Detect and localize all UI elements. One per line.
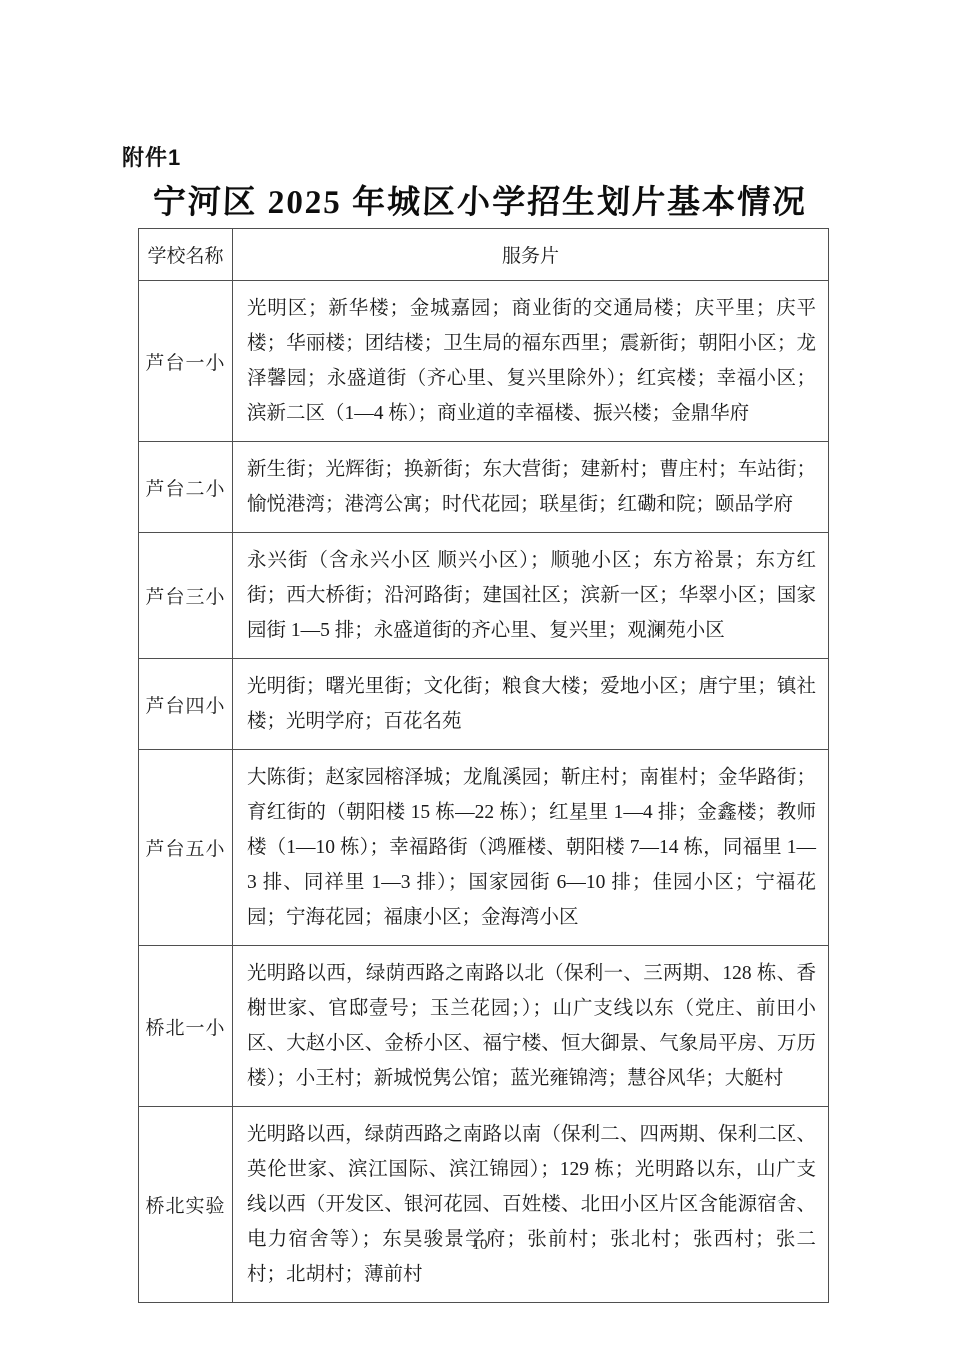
table-row: 芦台四小 光明街；曙光里街；文化街；粮食大楼；爱地小区；唐宁里；镇社楼；光明学府… [139,659,829,750]
table-row: 芦台二小 新生街；光辉街；换新街；东大营街；建新村；曹庄村；车站街；愉悦港湾；港… [139,442,829,533]
school-name-cell: 桥北一小 [139,946,233,1107]
column-header-service: 服务片 [233,229,829,281]
document-page: 附件1 宁河区 2025 年城区小学招生划片基本情况 学校名称 服务片 芦台一小… [0,0,960,1357]
school-name-cell: 芦台五小 [139,750,233,946]
table-header-row: 学校名称 服务片 [139,229,829,281]
table-row: 桥北实验 光明路以西，绿荫西路之南路以南（保利二、四两期、保利二区、英伦世家、滨… [139,1107,829,1303]
page-number: 10 [0,1237,960,1254]
service-area-cell: 光明区；新华楼；金城嘉园；商业街的交通局楼；庆平里；庆平楼；华丽楼；团结楼；卫生… [233,281,829,442]
table-row: 芦台五小 大陈街；赵家园榕泽城；龙胤溪园；靳庄村；南崔村；金华路街；育红街的（朝… [139,750,829,946]
table-row: 桥北一小 光明路以西，绿荫西路之南路以北（保利一、三两期、128 栋、香榭世家、… [139,946,829,1107]
service-area-cell: 大陈街；赵家园榕泽城；龙胤溪园；靳庄村；南崔村；金华路街；育红街的（朝阳楼 15… [233,750,829,946]
school-name-cell: 芦台三小 [139,533,233,659]
school-name-cell: 芦台二小 [139,442,233,533]
service-area-cell: 光明街；曙光里街；文化街；粮食大楼；爱地小区；唐宁里；镇社楼；光明学府；百花名苑 [233,659,829,750]
column-header-school: 学校名称 [139,229,233,281]
school-name-cell: 桥北实验 [139,1107,233,1303]
enrollment-table: 学校名称 服务片 芦台一小 光明区；新华楼；金城嘉园；商业街的交通局楼；庆平里；… [138,228,829,1303]
school-name-cell: 芦台一小 [139,281,233,442]
school-name-cell: 芦台四小 [139,659,233,750]
attachment-label: 附件1 [122,141,181,172]
service-area-cell: 新生街；光辉街；换新街；东大营街；建新村；曹庄村；车站街；愉悦港湾；港湾公寓；时… [233,442,829,533]
page-title: 宁河区 2025 年城区小学招生划片基本情况 [0,176,960,223]
service-area-cell: 光明路以西，绿荫西路之南路以北（保利一、三两期、128 栋、香榭世家、官邸壹号；… [233,946,829,1107]
service-area-cell: 永兴街（含永兴小区 顺兴小区）；顺驰小区；东方裕景；东方红街；西大桥街；沿河路街… [233,533,829,659]
service-area-cell: 光明路以西，绿荫西路之南路以南（保利二、四两期、保利二区、英伦世家、滨江国际、滨… [233,1107,829,1303]
table-row: 芦台一小 光明区；新华楼；金城嘉园；商业街的交通局楼；庆平里；庆平楼；华丽楼；团… [139,281,829,442]
table-row: 芦台三小 永兴街（含永兴小区 顺兴小区）；顺驰小区；东方裕景；东方红街；西大桥街… [139,533,829,659]
